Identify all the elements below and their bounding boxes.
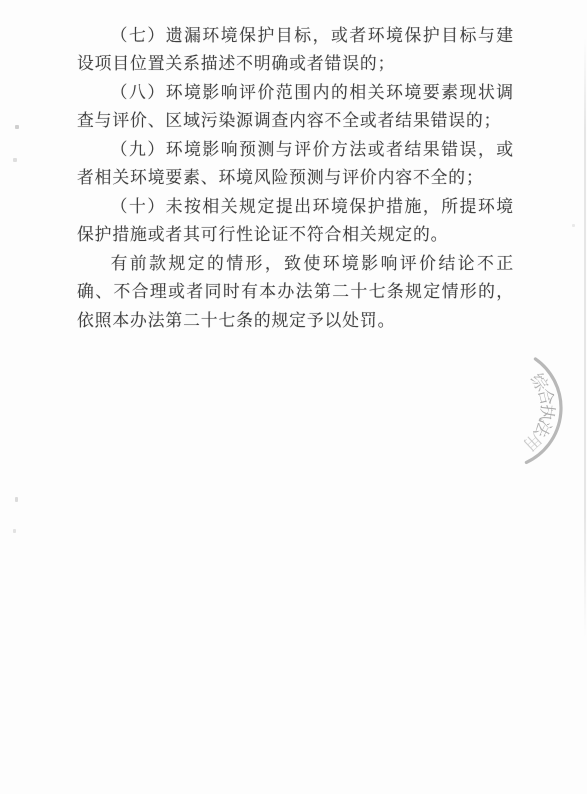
paragraph-item-ten: （十）未按相关规定提出环境保护措施，所提环境保护措施或者其可行性论证不符合相关规… [77,193,514,250]
paragraph-closing-penalty: 有前款规定的情形，致使环境影响评价结论不正确、不合理或者同时有本办法第二十七条规… [77,250,514,335]
scan-speck [15,125,19,129]
stamp-char-1: 综 [526,370,552,396]
scan-edge-line [584,38,586,638]
scan-speck [572,224,575,227]
paragraph-item-seven: （七）遗漏环境保护目标，或者环境保护目标与建设项目位置关系描述不明确或者错误的； [77,22,514,79]
stamp-char-4: 法 [530,416,555,441]
scan-speck [13,529,16,533]
document-page: （七）遗漏环境保护目标，或者环境保护目标与建设项目位置关系描述不明确或者错误的；… [0,0,587,794]
paragraph-item-nine: （九）环境影响预测与评价方法或者结果错误，或者相关环境要素、环境风险预测与评价内… [77,136,514,193]
stamp-char-3: 执 [536,403,557,422]
stamp-char-5: 用 [520,429,545,454]
stamp-char-2: 合 [534,386,557,407]
document-body-text: （七）遗漏环境保护目标，或者环境保护目标与建设项目位置关系描述不明确或者错误的；… [77,22,514,335]
scan-speck [13,158,17,162]
official-stamp-partial: 综 合 执 法 用 [438,346,570,478]
stamp-arc [526,359,561,463]
scan-speck [15,497,18,502]
paragraph-item-eight: （八）环境影响评价范围内的相关环境要素现状调查与评价、区域污染源调查内容不全或者… [77,79,514,136]
